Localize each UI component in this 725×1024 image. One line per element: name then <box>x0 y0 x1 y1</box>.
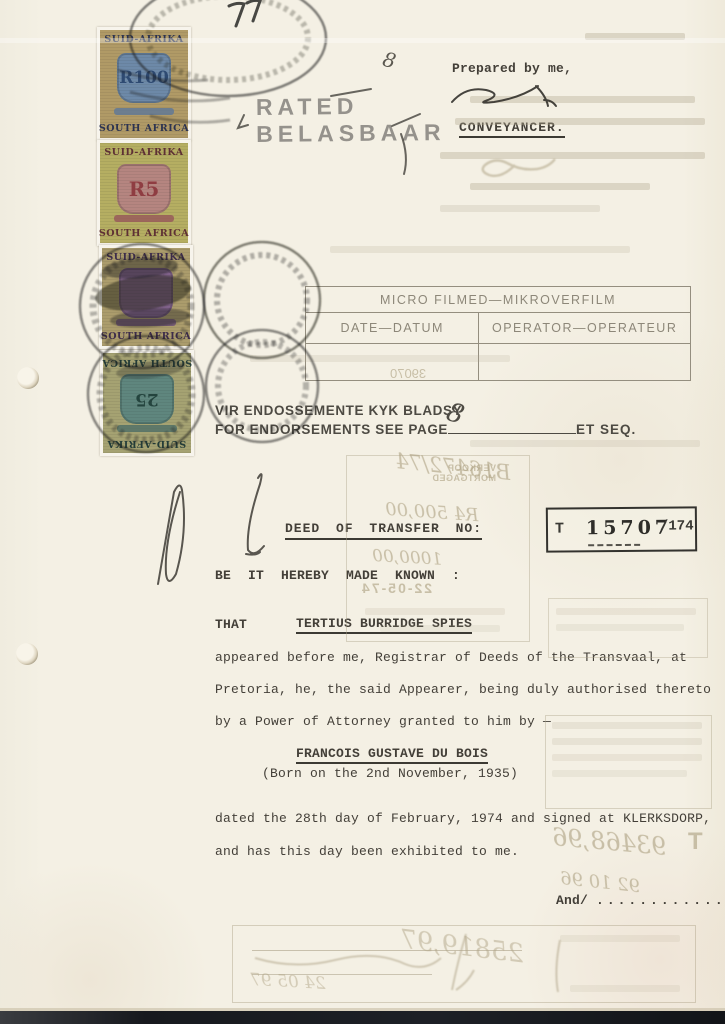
conveyancer-signature <box>452 86 556 106</box>
scan-bottom-edge <box>0 1011 725 1024</box>
scan-top-crease <box>0 38 725 43</box>
pen-marks-rated <box>238 89 420 174</box>
postmark-top <box>118 0 326 122</box>
pen-loops-middle <box>158 474 264 584</box>
scanned-deed-page: SUID-AFRIKA R100 SOUTH AFRICA SUID-AFRIK… <box>0 0 725 1024</box>
bleed-bottom-scribbles <box>255 934 560 992</box>
bleed-scribble <box>483 159 555 176</box>
punch-hole-bottom <box>16 643 38 665</box>
pen-marks-top <box>229 0 260 26</box>
postmarks-and-handwriting-overlay <box>0 0 725 1024</box>
punch-hole-top <box>17 367 39 389</box>
